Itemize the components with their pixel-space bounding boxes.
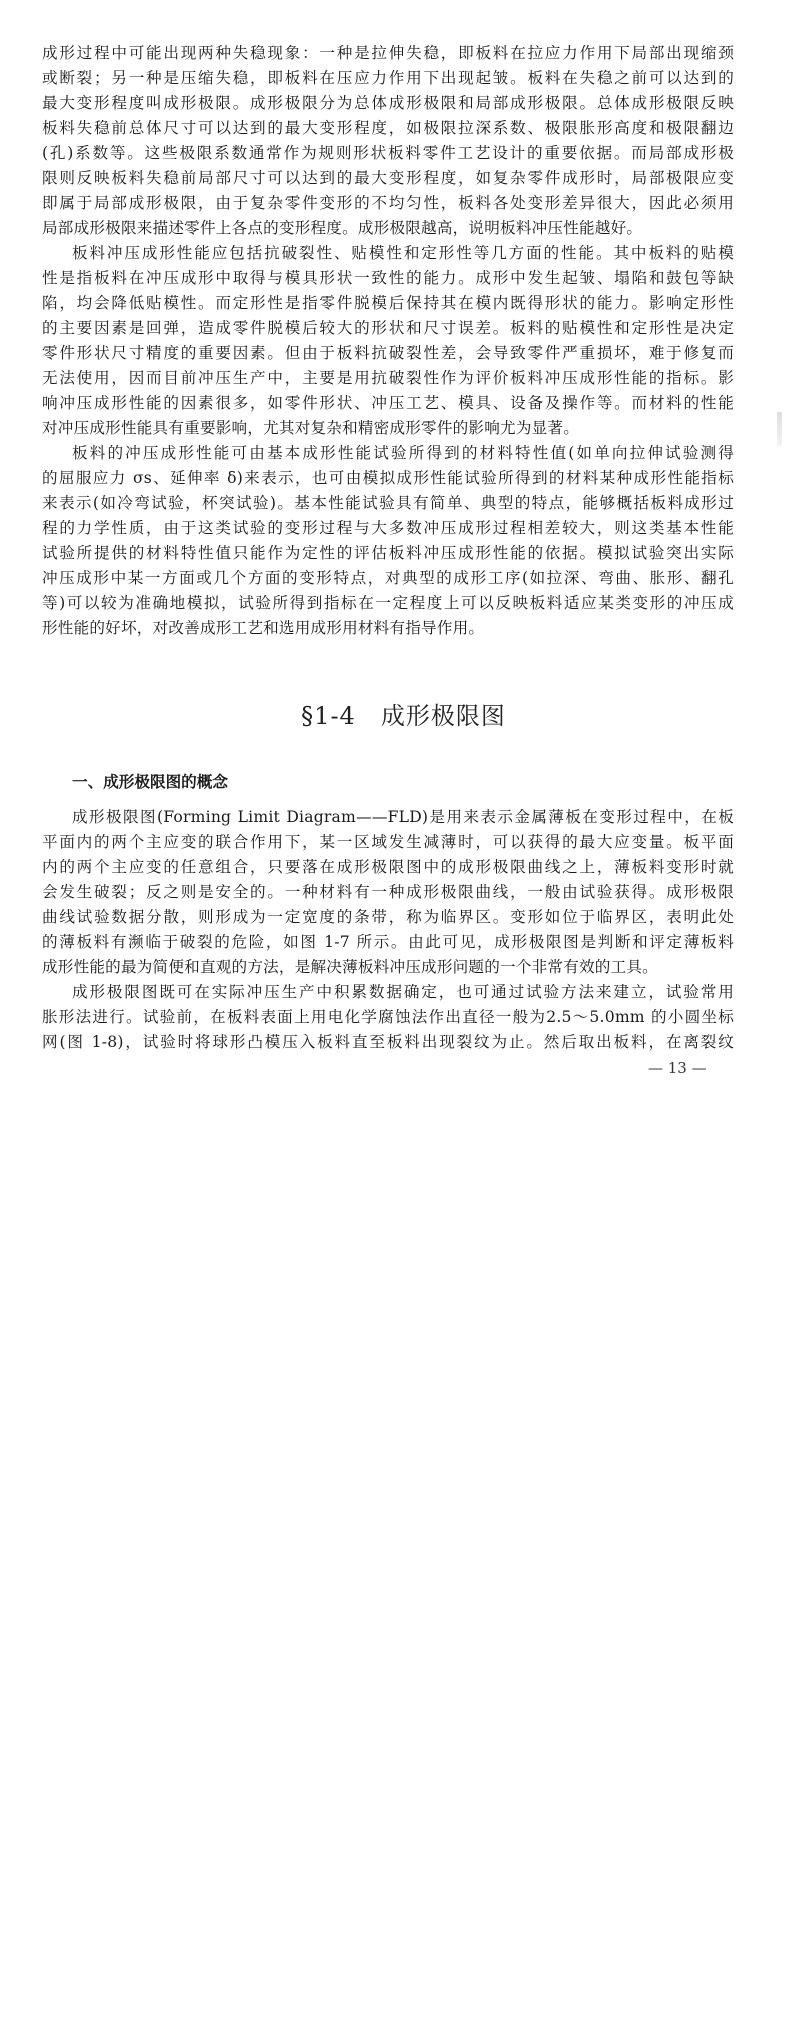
text-line: 平面内的两个主应变的联合作用下，某一区域发生减薄时，可以获得的最大应变量。板平面 bbox=[42, 830, 734, 855]
text-line: 曲线试验数据分散，则形成为一定宽度的条带，称为临界区。变形如位于临界区，表明此处 bbox=[42, 905, 734, 930]
text-line: 试验所提供的材料特性值只能作为定性的评估板料冲压成形性能的依据。模拟试验突出实际 bbox=[42, 541, 734, 566]
text-line: 板料失稳前总体尺寸可以达到的最大变形程度，如极限拉深系数、极限胀形高度和极限翻边 bbox=[42, 116, 734, 141]
text-line: 会发生破裂；反之则是安全的。一种材料有一种成形极限曲线，一般由试验获得。成形极限 bbox=[42, 880, 734, 905]
text-line: 或断裂；另一种是压缩失稳，即板料在压应力作用下出现起皱。板料在失稳之前可以达到的 bbox=[42, 66, 734, 91]
text-line: 的主要因素是回弹，造成零件脱模后较大的形状和尺寸误差。板料的贴模性和定形性是决定 bbox=[42, 316, 734, 341]
section-title: §1-4 成形极限图 bbox=[0, 700, 807, 732]
text-line: 程的力学性质，由于这类试验的变形过程与大多数冲压成形过程相差较大，则这类基本性能 bbox=[42, 516, 734, 541]
sub-title: 一、成形极限图的概念 bbox=[72, 770, 228, 795]
text-line: 对冲压成形性能具有重要影响，尤其对复杂和精密成形零件的影响尤为显著。 bbox=[42, 416, 734, 441]
text-line: 成形极限图(Forming Limit Diagram——FLD)是用来表示金属… bbox=[72, 805, 734, 830]
text-line: 内的两个主应变的任意组合，只要落在成形极限图中的成形极限曲线之上，薄板料变形时就 bbox=[42, 855, 734, 880]
text-line: 胀形法进行。试验前，在板料表面上用电化学腐蚀法作出直径一般为2.5～5.0mm … bbox=[42, 1005, 734, 1030]
text-line: 板料冲压成形性能应包括抗破裂性、贴模性和定形性等几方面的性能。其中板料的贴模 bbox=[72, 241, 734, 266]
text-line: 最大变形程度叫成形极限。成形极限分为总体成形极限和局部成形极限。总体成形极限反映 bbox=[42, 91, 734, 116]
text-line: 局部成形极限来描述零件上各点的变形程度。成形极限越高，说明板料冲压性能越好。 bbox=[42, 216, 734, 241]
text-line: 响冲压成形性能的因素很多，如零件形状、冲压工艺、模具、设备及操作等。而材料的性能 bbox=[42, 391, 734, 416]
text-line: 成形过程中可能出现两种失稳现象：一种是拉伸失稳，即板料在拉应力作用下局部出现缩颈 bbox=[42, 41, 734, 66]
text-line: 形性能的好坏，对改善成形工艺和选用成形用材料有指导作用。 bbox=[42, 616, 734, 641]
text-line: 即属于局部成形极限，由于复杂零件变形的不均匀性，板料各处变形差异很大，因此必须用 bbox=[42, 191, 734, 216]
text-line: 板料的冲压成形性能可由基本成形性能试验所得到的材料特性值(如单向拉伸试验测得 bbox=[72, 441, 734, 466]
scan-smudge bbox=[777, 412, 782, 446]
text-line: 零件形状尺寸精度的重要因素。但由于板料抗破裂性差，会导致零件严重损坏，难于修复而 bbox=[42, 341, 734, 366]
text-line: 冲压成形中某一方面或几个方面的变形特点，对典型的成形工序(如拉深、弯曲、胀形、翻… bbox=[42, 566, 734, 591]
text-line: 等)可以较为准确地模拟，试验所得到指标在一定程度上可以反映板料适应某类变形的冲压… bbox=[42, 591, 734, 616]
text-line: 性是指板料在冲压成形中取得与模具形状一致性的能力。成形中发生起皱、塌陷和鼓包等缺 bbox=[42, 266, 734, 291]
text-line: 限则反映板料失稳前局部尺寸可以达到的最大变形程度，如复杂零件成形时，局部极限应变 bbox=[42, 166, 734, 191]
text-line: 的屈服应力 σs、延伸率 δ)来表示，也可由模拟成形性能试验所得到的材料某种成形… bbox=[42, 466, 734, 491]
text-line: 的薄板料有濒临于破裂的危险，如图 1-7 所示。由此可见，成形极限图是判断和评定… bbox=[42, 930, 734, 955]
text-line: (孔)系数等。这些极限系数通常作为规则形状板料零件工艺设计的重要依据。而局部成形… bbox=[42, 141, 734, 166]
document-page: 成形过程中可能出现两种失稳现象：一种是拉伸失稳，即板料在拉应力作用下局部出现缩颈… bbox=[0, 0, 807, 2040]
text-line: 陷，均会降低贴模性。而定形性是指零件脱模后保持其在模内既得形状的能力。影响定形性 bbox=[42, 291, 734, 316]
text-line: 来表示(如冷弯试验，杯突试验)。基本性能试验具有简单、典型的特点，能够概括板料成… bbox=[42, 491, 734, 516]
text-line: 成形性能的最为简便和直观的方法，是解决薄板料冲压成形问题的一个非常有效的工具。 bbox=[42, 955, 734, 980]
page-number: — 13 — bbox=[648, 1056, 707, 1081]
text-line: 无法使用，因而目前冲压生产中，主要是用抗破裂性作为评价板料冲压成形性能的指标。影 bbox=[42, 366, 734, 391]
text-line: 网(图 1-8)，试验时将球形凸模压入板料直至板料出现裂纹为止。然后取出板料，在… bbox=[42, 1030, 734, 1055]
text-line: 成形极限图既可在实际冲压生产中积累数据确定，也可通过试验方法来建立，试验常用 bbox=[72, 980, 734, 1005]
